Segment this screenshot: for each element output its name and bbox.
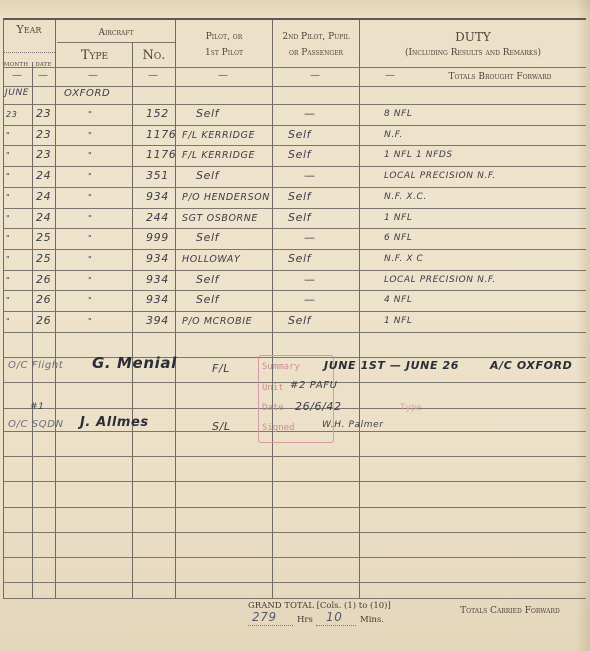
aircraft-rule <box>57 42 175 43</box>
entry-no: 394 <box>146 314 169 327</box>
entry-type: " <box>88 255 92 264</box>
dash-no: — <box>148 70 158 81</box>
mins-label: Mins. <box>360 615 384 625</box>
row-rule <box>3 187 586 188</box>
entry-month: " <box>6 255 10 264</box>
col-line-pilot <box>272 18 273 598</box>
mins-dotted <box>316 625 356 626</box>
col-line-left <box>3 18 4 598</box>
row-rule <box>3 270 586 271</box>
stamp-signed-value: W.H. Palmer <box>322 420 384 430</box>
entry-month: " <box>6 276 10 285</box>
grand-total-minutes: 10 <box>326 610 342 624</box>
stamp-type-label: Type <box>400 403 422 413</box>
entry-date: 23 <box>36 148 51 161</box>
row-rule <box>3 166 586 167</box>
row-rule <box>3 104 586 105</box>
entry-date: 24 <box>36 211 51 224</box>
sqdn-rank: S/L <box>212 420 231 433</box>
entry-date: 25 <box>36 231 51 244</box>
entry-pilot: Self <box>196 273 219 286</box>
entry-pilot: Self <box>196 293 219 306</box>
header-pilot-2: 1st Pilot <box>176 46 272 61</box>
entry-date: 24 <box>36 190 51 203</box>
entry-no: 934 <box>146 293 169 306</box>
entry-duty: 1 NFL <box>384 316 413 326</box>
entry-date: 26 <box>36 273 51 286</box>
stamp-date-value: 26/6/42 <box>295 400 342 413</box>
header-second-pilot-2: or Passenger <box>273 46 359 61</box>
hrs-label: Hrs <box>297 615 313 625</box>
entry-type: " <box>88 296 92 305</box>
grand-total-hours: 279 <box>252 610 277 624</box>
first-row-month: June <box>5 88 29 98</box>
col-line-second <box>359 18 360 598</box>
entry-second-pilot: — <box>304 293 316 306</box>
flight-signature: G. Menial <box>92 354 177 372</box>
entry-no: 999 <box>146 231 169 244</box>
entry-month: " <box>6 172 10 181</box>
entry-duty: 4 NFL <box>384 295 413 305</box>
entry-month: " <box>6 234 10 243</box>
entry-type: " <box>88 276 92 285</box>
row-rule <box>3 311 586 312</box>
entry-pilot: Self <box>196 107 219 120</box>
entry-pilot: P/O McRobie <box>182 316 252 327</box>
row-rule <box>3 456 586 457</box>
stamp-summary-label: Summary <box>262 362 300 372</box>
entry-second-pilot: — <box>304 107 316 120</box>
entry-date: 23 <box>36 128 51 141</box>
hours-dotted <box>248 625 293 626</box>
entry-no: 244 <box>146 211 169 224</box>
dash-second: — <box>310 70 320 81</box>
row-rule <box>3 532 586 533</box>
header-second-pilot-1: 2nd Pilot, Pupil <box>273 30 359 45</box>
row-rule <box>3 228 586 229</box>
sqdn-number: #1 <box>30 402 44 412</box>
totals-brought-forward: Totals Brought Forward <box>420 70 580 85</box>
entry-duty: N.F. X.C. <box>384 192 427 202</box>
row-rule <box>3 125 586 126</box>
entry-second-pilot: Self <box>288 252 311 265</box>
col-line-no <box>175 18 176 598</box>
entry-pilot: Self <box>196 169 219 182</box>
entry-type: " <box>88 214 92 223</box>
entry-second-pilot: — <box>304 231 316 244</box>
flight-label: O/C Flight <box>8 360 63 371</box>
logbook-page: Year Aircraft Type No. Pilot, or 1st Pil… <box>0 0 590 651</box>
top-rule <box>3 18 586 20</box>
dash-date: — <box>38 70 48 81</box>
dash-month: — <box>12 70 22 81</box>
dash-duty: — <box>385 70 395 81</box>
entry-no: 152 <box>146 107 169 120</box>
dash-pilot: — <box>218 70 228 81</box>
row-rule <box>3 557 586 558</box>
entry-pilot: Self <box>196 231 219 244</box>
entry-month: " <box>6 193 10 202</box>
entry-month: 23 <box>6 110 17 119</box>
entry-pilot: Holloway <box>182 254 240 265</box>
entry-pilot: F/L Kerridge <box>182 150 255 161</box>
stamp-unit-value: #2 PAFU <box>290 380 338 391</box>
entry-date: 26 <box>36 314 51 327</box>
entry-date: 24 <box>36 169 51 182</box>
row-rule <box>3 145 586 146</box>
row-rule <box>3 507 586 508</box>
entry-duty: N.F. X C <box>384 254 423 264</box>
entry-duty: Local Precision N.F. <box>384 275 496 285</box>
stamp-signed-label: Signed <box>262 423 295 433</box>
entry-duty: N.F. <box>384 130 403 140</box>
header-year: Year <box>3 22 55 37</box>
entry-pilot: P/O Henderson <box>182 192 270 203</box>
stamp-aircraft-note: A/c Oxford <box>490 359 572 372</box>
entry-date: 26 <box>36 293 51 306</box>
row-rule <box>3 582 586 583</box>
entry-no: 934 <box>146 190 169 203</box>
header-pilot-1: Pilot, or <box>176 30 272 45</box>
entry-second-pilot: Self <box>288 128 311 141</box>
sqdn-label: O/C Sqdn <box>8 419 64 430</box>
entry-no: 934 <box>146 252 169 265</box>
dash-type: — <box>88 70 98 81</box>
header-duty: DUTY <box>360 30 586 45</box>
entry-month: " <box>6 317 10 326</box>
row-rule <box>3 332 586 333</box>
entry-second-pilot: — <box>304 273 316 286</box>
entry-no: 1176 <box>146 128 176 141</box>
entry-type: " <box>88 234 92 243</box>
header-no: No. <box>133 48 175 63</box>
entry-type: " <box>88 193 92 202</box>
entry-date: 25 <box>36 252 51 265</box>
entry-date: 23 <box>36 107 51 120</box>
stamp-date-label: Date <box>262 403 284 413</box>
header-type: Type <box>57 48 132 63</box>
entry-month: " <box>6 151 10 160</box>
sqdn-signature: J. Allmes <box>80 415 149 430</box>
entry-second-pilot: Self <box>288 148 311 161</box>
entry-type: " <box>88 317 92 326</box>
row-rule <box>3 86 586 87</box>
entry-pilot: F/L Kerridge <box>182 130 255 141</box>
header-aircraft: Aircraft <box>57 26 175 41</box>
entry-duty: 1 NFL <box>384 213 413 223</box>
entry-type: " <box>88 131 92 140</box>
entry-duty: 6 NFL <box>384 233 413 243</box>
entry-month: " <box>6 214 10 223</box>
stamp-unit-label: Unit <box>262 383 284 393</box>
entry-month: " <box>6 131 10 140</box>
entry-no: 934 <box>146 273 169 286</box>
entry-type: " <box>88 172 92 181</box>
entry-second-pilot: Self <box>288 211 311 224</box>
entry-type: " <box>88 110 92 119</box>
footer-rule <box>3 598 586 599</box>
header-bottom-rule <box>3 67 586 68</box>
entry-no: 1176 <box>146 148 176 161</box>
totals-carried-forward: Totals Carried Forward <box>440 604 580 619</box>
entry-second-pilot: — <box>304 169 316 182</box>
year-dotted-rule <box>3 52 55 53</box>
header-duty-subtitle: (Including Results and Remarks) <box>360 46 586 61</box>
entry-duty: 8 NFL <box>384 109 413 119</box>
row-rule <box>3 208 586 209</box>
first-row-type: Oxford <box>64 88 110 99</box>
col-line-month <box>32 62 33 598</box>
row-rule <box>3 249 586 250</box>
entry-month: " <box>6 296 10 305</box>
entry-type: " <box>88 151 92 160</box>
row-rule <box>3 290 586 291</box>
col-line-date <box>55 18 56 598</box>
entry-second-pilot: Self <box>288 314 311 327</box>
row-rule <box>3 481 586 482</box>
flight-rank: F/L <box>212 362 230 375</box>
entry-duty: Local Precision N.F. <box>384 171 496 181</box>
stamp-summary-value: June 1st — June 26 <box>324 359 459 372</box>
entry-pilot: Sgt Osborne <box>182 213 258 224</box>
entry-second-pilot: Self <box>288 190 311 203</box>
entry-duty: 1 NFL 1 NFDS <box>384 150 453 160</box>
entry-no: 351 <box>146 169 169 182</box>
